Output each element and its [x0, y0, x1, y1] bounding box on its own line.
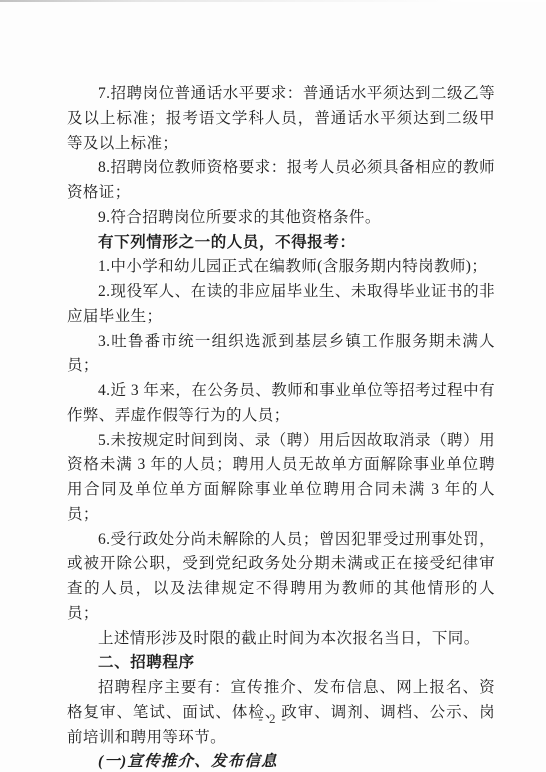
para-requirement-7: 7.招聘岗位普通话水平要求：普通话水平须达到二级乙等及以上标准；报考语文学科人员… — [67, 82, 495, 156]
para-requirement-9: 9.符合招聘岗位所要求的其他资格条件。 — [67, 206, 495, 231]
scan-edge-artifact — [0, 0, 546, 2]
para-ineligible-item-2: 2.现役军人、在读的非应届毕业生、未取得毕业证书的非应届毕业生； — [67, 280, 495, 330]
para-ineligible-item-3: 3.吐鲁番市统一组织选派到基层乡镇工作服务期未满人员； — [67, 330, 495, 380]
subheading-publicity-info: (一)宣传推介、发布信息 — [67, 750, 495, 772]
document-body: 7.招聘岗位普通话水平要求：普通话水平须达到二级乙等及以上标准；报考语文学科人员… — [67, 82, 495, 772]
page-number: - 2 - — [0, 711, 546, 727]
para-ineligible-item-6: 6.受行政处分尚未解除的人员；曾因犯罪受过刑事处罚，或被开除公职，受到党纪政务处… — [67, 528, 495, 627]
heading-ineligible-persons: 有下列情形之一的人员，不得报考： — [67, 231, 495, 256]
heading-recruitment-procedure: 二、招聘程序 — [67, 651, 495, 676]
para-ineligible-item-5: 5.未按规定时间到岗、录（聘）用后因故取消录（聘）用资格未满 3 年的人员；聘用… — [67, 429, 495, 528]
para-requirement-8: 8.招聘岗位教师资格要求：报考人员必须具备相应的教师资格证； — [67, 156, 495, 206]
document-page: 7.招聘岗位普通话水平要求：普通话水平须达到二级乙等及以上标准；报考语文学科人员… — [0, 0, 546, 772]
para-ineligible-item-4: 4.近 3 年来，在公务员、教师和事业单位等招考过程中有作弊、弄虚作假等行为的人… — [67, 379, 495, 429]
para-ineligible-item-1: 1.中小学和幼儿园正式在编教师(含服务期内特岗教师)； — [67, 255, 495, 280]
para-deadline-note: 上述情形涉及时限的截止时间为本次报名当日，下同。 — [67, 627, 495, 652]
